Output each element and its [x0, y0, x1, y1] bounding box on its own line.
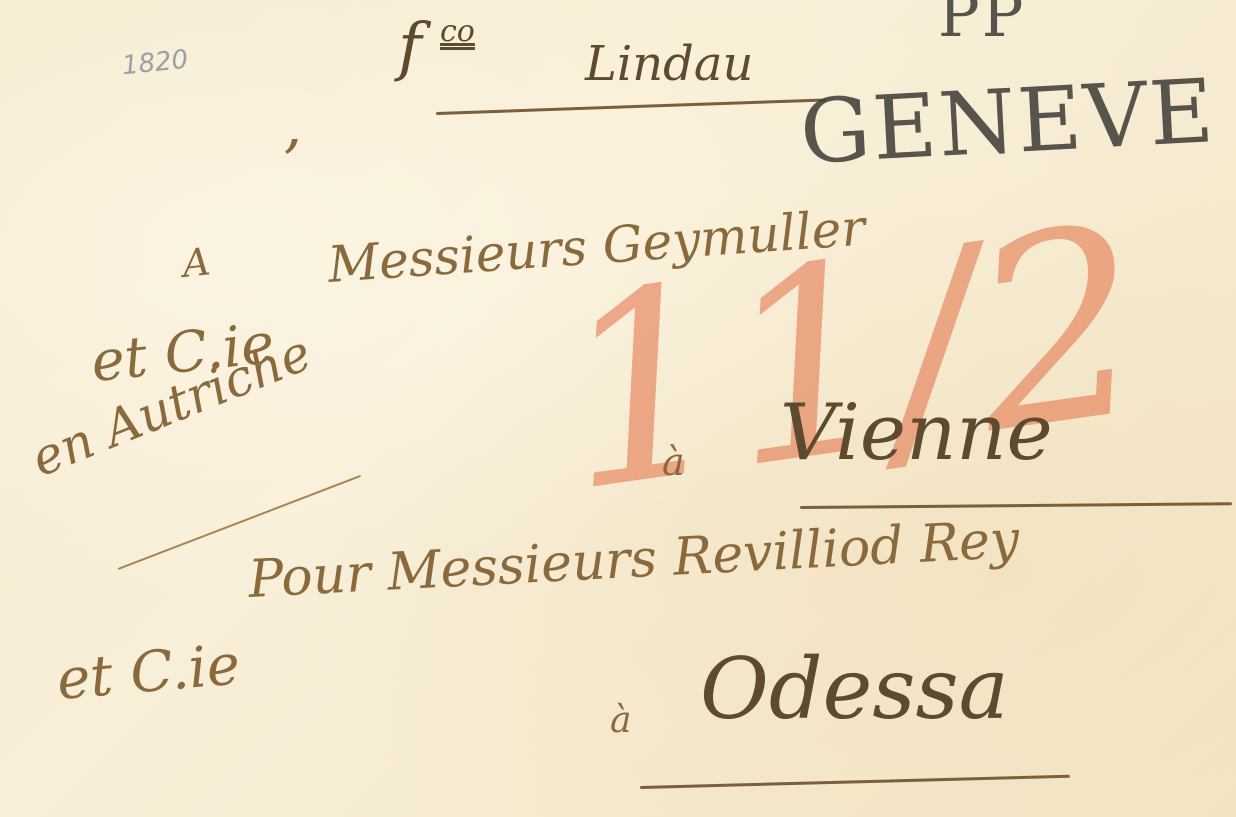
routing-place: Lindau [585, 36, 753, 92]
destination-odessa: Odessa [700, 640, 1009, 738]
forwarding-company: et C.ie [54, 632, 242, 713]
city-vienne: Vienne [780, 388, 1053, 478]
flourish-mark: ’ [282, 128, 301, 198]
routing-underline [436, 98, 826, 115]
destination-prefix: à [610, 700, 631, 741]
routing-prefix: f [398, 10, 422, 84]
address-prefix: A [180, 239, 212, 286]
pencil-date-note: 1820 [121, 45, 190, 82]
postal-cover: 1820 f co Lindau PP GENEVE ’ 11/2 A Mess… [0, 0, 1236, 817]
postmark-pp: PP [938, 0, 1025, 51]
postmark-geneve: GENEVE [798, 59, 1218, 184]
routing-superscript: co [440, 14, 475, 49]
destination-underline [640, 775, 1070, 789]
city-prefix: à [662, 440, 685, 484]
